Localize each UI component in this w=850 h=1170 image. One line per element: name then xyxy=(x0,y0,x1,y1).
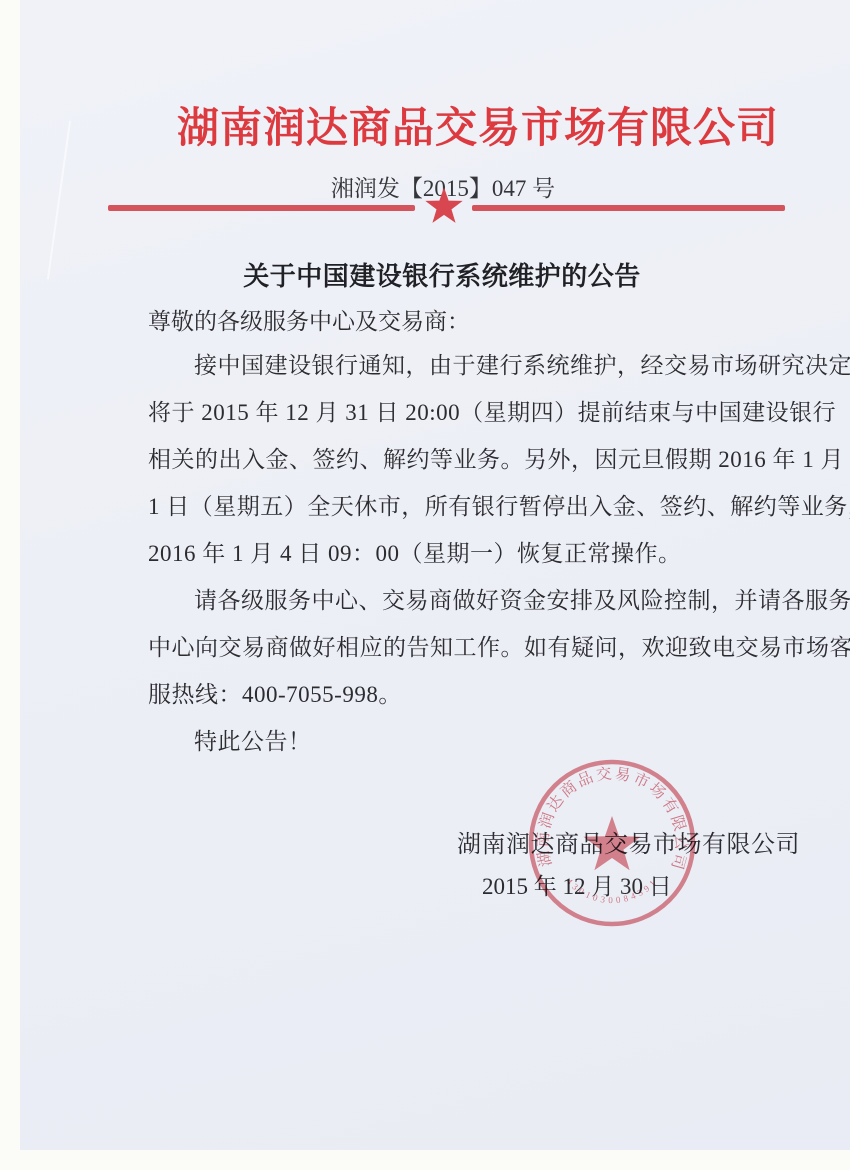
body-line: 请各级服务中心、交易商做好资金安排及风险控制，并请各服务 xyxy=(148,577,808,624)
body-line: 1 日（星期五）全天休市，所有银行暂停出入金、签约、解约等业务， xyxy=(148,483,808,530)
notice-body: 接中国建设银行通知，由于建行系统维护，经交易市场研究决定，将于 2015 年 1… xyxy=(148,342,808,765)
red-divider-line-right xyxy=(472,205,785,211)
body-line: 相关的出入金、签约、解约等业务。另外，因元旦假期 2016 年 1 月 xyxy=(148,436,808,483)
red-divider-line-left xyxy=(108,205,415,211)
notice-title: 关于中国建设银行系统维护的公告 xyxy=(142,256,742,293)
body-line: 接中国建设银行通知，由于建行系统维护，经交易市场研究决定， xyxy=(148,342,808,389)
salutation: 尊敬的各级服务中心及交易商： xyxy=(148,303,470,336)
paper: 湖南润达商品交易市场有限公司 湘润发【2015】047 号 关于中国建设银行系统… xyxy=(20,0,850,1150)
body-line: 中心向交易商做好相应的告知工作。如有疑问，欢迎致电交易市场客 xyxy=(148,624,808,671)
body-line: 2016 年 1 月 4 日 09：00（星期一）恢复正常操作。 xyxy=(148,530,808,577)
red-star-icon xyxy=(423,186,465,228)
seal-star-icon xyxy=(583,816,640,870)
seal-serial-number: 4301030084391 xyxy=(564,876,657,905)
body-line: 特此公告！ xyxy=(148,718,808,765)
paper-crease xyxy=(47,121,71,280)
company-seal: 湖南润达商品交易市场有限公司 4301030084391 xyxy=(517,748,707,938)
scanned-document: 湖南润达商品交易市场有限公司 湘润发【2015】047 号 关于中国建设银行系统… xyxy=(0,0,850,1170)
body-line: 将于 2015 年 12 月 31 日 20:00（星期四）提前结束与中国建设银… xyxy=(148,389,808,436)
body-line: 服热线：400-7055-998。 xyxy=(148,671,808,718)
letterhead-company-name: 湖南润达商品交易市场有限公司 xyxy=(136,95,820,155)
